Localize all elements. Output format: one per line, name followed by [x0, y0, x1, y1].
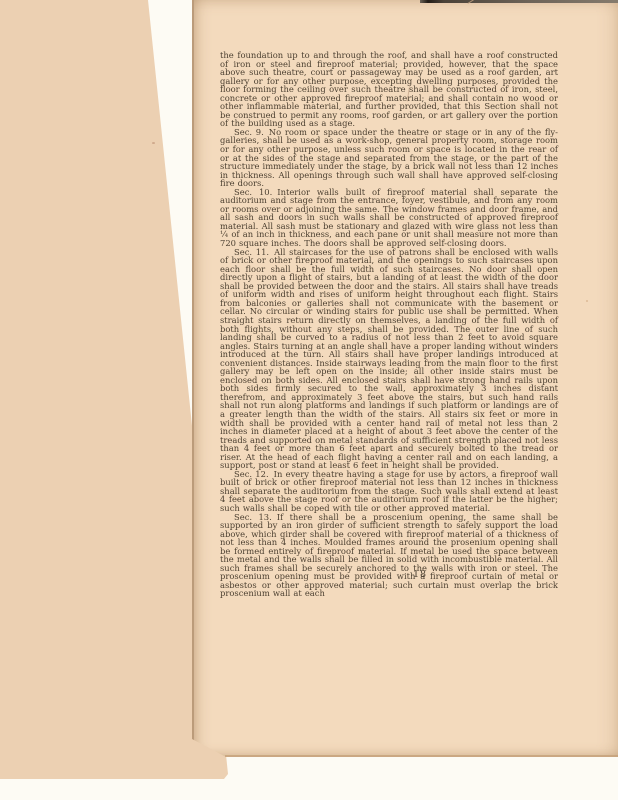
- section-label: Sec. 13.: [234, 512, 272, 522]
- section-label: Sec. 10.: [234, 187, 272, 197]
- scanned-document: the foundation up to and through the roo…: [0, 0, 618, 800]
- scan-edge-artifact: [420, 0, 618, 3]
- book-page: the foundation up to and through the roo…: [192, 0, 618, 757]
- paragraph: Sec. 10.Interior walls built of fireproo…: [220, 188, 558, 248]
- section-label: Sec. 12.: [234, 469, 269, 479]
- section-label: Sec. 9.: [234, 127, 264, 137]
- speck: [152, 142, 155, 144]
- paragraph: the foundation up to and through the roo…: [220, 51, 558, 128]
- page-number: 18: [400, 569, 440, 580]
- page-bottom-edge: [225, 755, 618, 757]
- section-label: Sec. 11.: [234, 247, 269, 257]
- paragraph: Sec. 12.In every theatre having a stage …: [220, 470, 558, 513]
- paragraph: Sec. 11.All staircases for the use of pa…: [220, 248, 558, 470]
- page-text-block: the foundation up to and through the roo…: [220, 51, 558, 598]
- paragraph: Sec. 9.No room or space under the theatr…: [220, 128, 558, 188]
- speck: [586, 300, 588, 302]
- paragraph: Sec. 13.If there shall be a proscenium o…: [220, 513, 558, 598]
